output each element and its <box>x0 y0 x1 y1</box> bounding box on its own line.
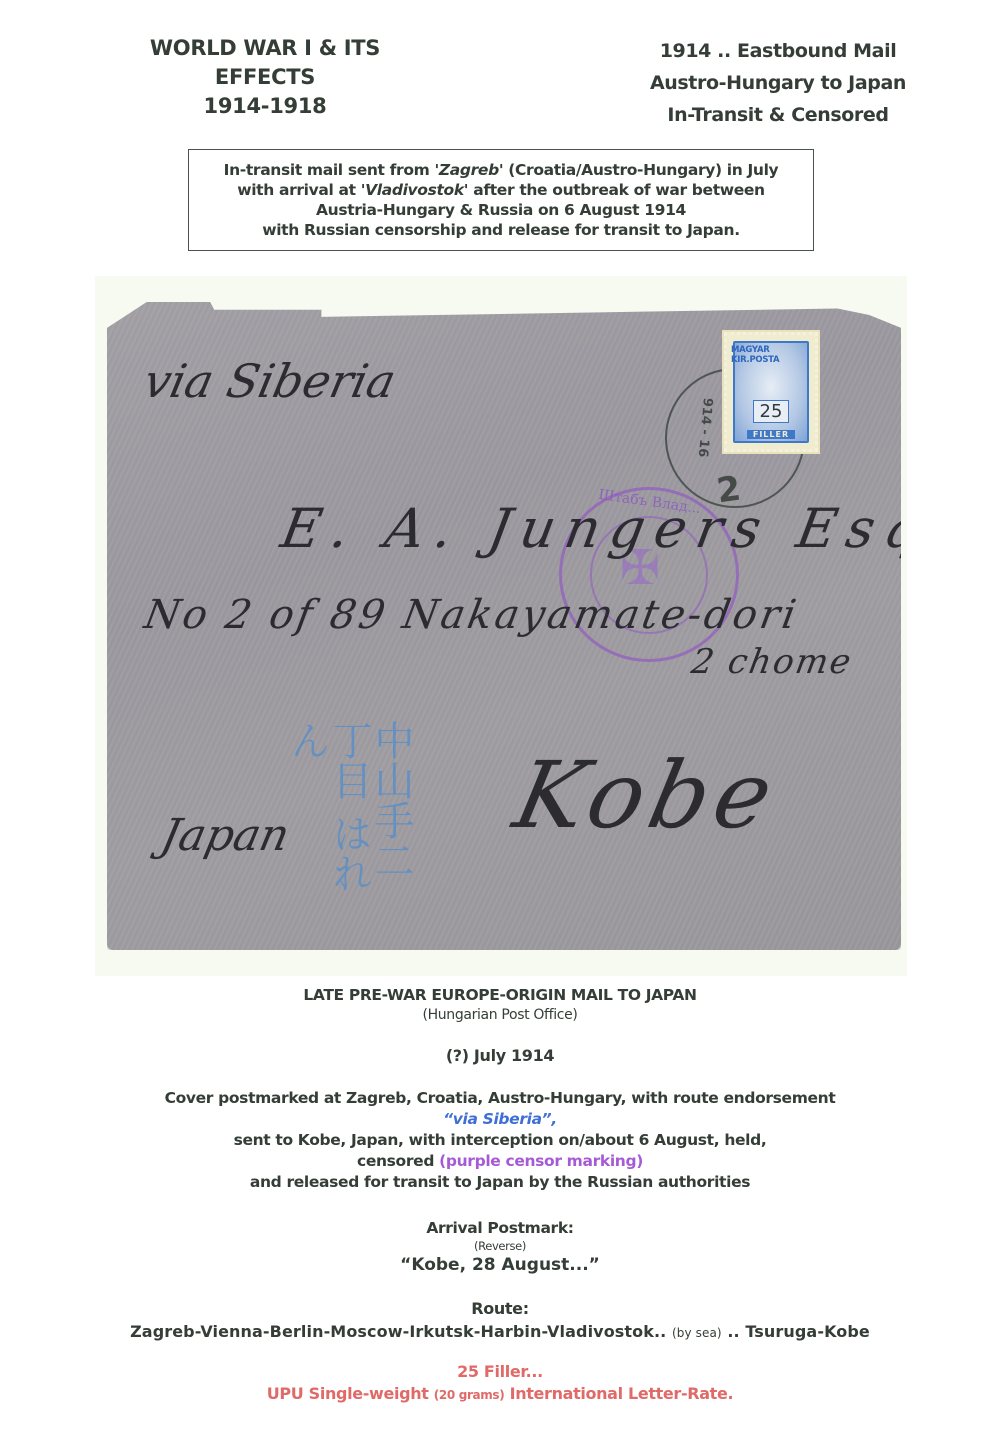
japanese-address-annotation: 中山手二丁目 はれん <box>302 720 412 900</box>
intro-line-3: Austria-Hungary & Russia on 6 August 191… <box>316 200 686 220</box>
route-overland: Zagreb-Vienna-Berlin-Moscow-Irkutsk-Harb… <box>130 1322 672 1341</box>
intro-line-1: In-transit mail sent from 'Zagreb' (Croa… <box>224 160 779 180</box>
postage-rate-amount: 25 Filler... <box>0 1362 1000 1382</box>
addressee-handwriting: E. A. Jungers Esq. <box>276 497 961 560</box>
intro-text: after the outbreak of war between <box>468 181 765 199</box>
stamp-currency: FILLER <box>747 430 795 439</box>
purple-censor-note: (purple censor marking) <box>439 1152 643 1170</box>
stamp-country-text: MAGYAR KIR.POSTA <box>731 345 811 365</box>
intro-line-4: with Russian censorship and release for … <box>262 220 740 240</box>
district-handwriting: 2 chome <box>688 642 855 682</box>
page-subject-line3: In-Transit & Censored <box>628 99 928 131</box>
country-handwriting: Japan <box>157 810 294 861</box>
intro-place-zagreb: 'Zagreb' <box>434 161 503 179</box>
rate-text: International Letter-Rate. <box>504 1384 733 1403</box>
description-title: LATE PRE-WAR EUROPE-ORIGIN MAIL TO JAPAN <box>0 986 1000 1005</box>
route-value: Zagreb-Vienna-Berlin-Moscow-Irkutsk-Harb… <box>0 1321 1000 1344</box>
intro-text: with arrival at <box>237 181 360 199</box>
route-japan: .. Tsuruga-Kobe <box>722 1322 870 1341</box>
route-heading: Route: <box>0 1299 1000 1319</box>
intro-place-vladivostok: 'Vladivostok' <box>361 181 468 199</box>
postage-rate-description: UPU Single-weight (20 grams) Internation… <box>0 1384 1000 1405</box>
page-subject-line2: Austro-Hungary to Japan <box>628 67 928 99</box>
rate-weight: (20 grams) <box>434 1388 505 1402</box>
body-line-5: and released for transit to Japan by the… <box>0 1172 1000 1193</box>
route-endorsement-handwriting: via Siberia <box>139 354 400 408</box>
cover-date: (?) July 1914 <box>0 1046 1000 1066</box>
route-by-sea-note: (by sea) <box>672 1326 722 1340</box>
body-text: censored <box>357 1152 439 1170</box>
page-subject-line1: 1914 .. Eastbound Mail <box>628 35 928 67</box>
intro-text: In-transit mail sent from <box>224 161 435 179</box>
description-body: Cover postmarked at Zagreb, Croatia, Aus… <box>0 1088 1000 1193</box>
exhibit-title-line1: WORLD WAR I & ITS EFFECTS <box>100 34 430 92</box>
postage-stamp-25-filler: MAGYAR KIR.POSTA 25 FILLER <box>724 332 818 452</box>
cover-envelope-image: via Siberia 914 - 16 2 MAGYAR KIR.POSTA … <box>107 302 901 950</box>
body-line-4: censored (purple censor marking) <box>0 1151 1000 1172</box>
body-line-via-siberia: “via Siberia”, <box>0 1109 1000 1130</box>
intro-line-2: with arrival at 'Vladivostok' after the … <box>237 180 764 200</box>
body-line-3: sent to Kobe, Japan, with interception o… <box>0 1130 1000 1151</box>
arrival-postmark-side: (Reverse) <box>0 1239 1000 1253</box>
body-line-1: Cover postmarked at Zagreb, Croatia, Aus… <box>0 1088 1000 1109</box>
description-subtitle: (Hungarian Post Office) <box>0 1006 1000 1024</box>
intro-text-box: In-transit mail sent from 'Zagreb' (Croa… <box>188 149 814 251</box>
arrival-postmark-value: “Kobe, 28 August...” <box>0 1254 1000 1276</box>
street-address-handwriting: No 2 of 89 Nakayamate-dori <box>141 592 802 638</box>
exhibit-title-years: 1914-1918 <box>100 92 430 121</box>
postmark-date: 914 - 16 <box>695 397 715 458</box>
city-handwriting: Kobe <box>506 742 788 849</box>
intro-text: (Croatia/Austro-Hungary) in July <box>503 161 778 179</box>
exhibit-title: WORLD WAR I & ITS EFFECTS 1914-1918 <box>100 34 430 121</box>
rate-text: UPU Single-weight <box>267 1384 434 1403</box>
arrival-postmark-heading: Arrival Postmark: <box>0 1218 1000 1238</box>
stamp-value: 25 <box>753 400 790 423</box>
page-subject: 1914 .. Eastbound Mail Austro-Hungary to… <box>628 35 928 131</box>
